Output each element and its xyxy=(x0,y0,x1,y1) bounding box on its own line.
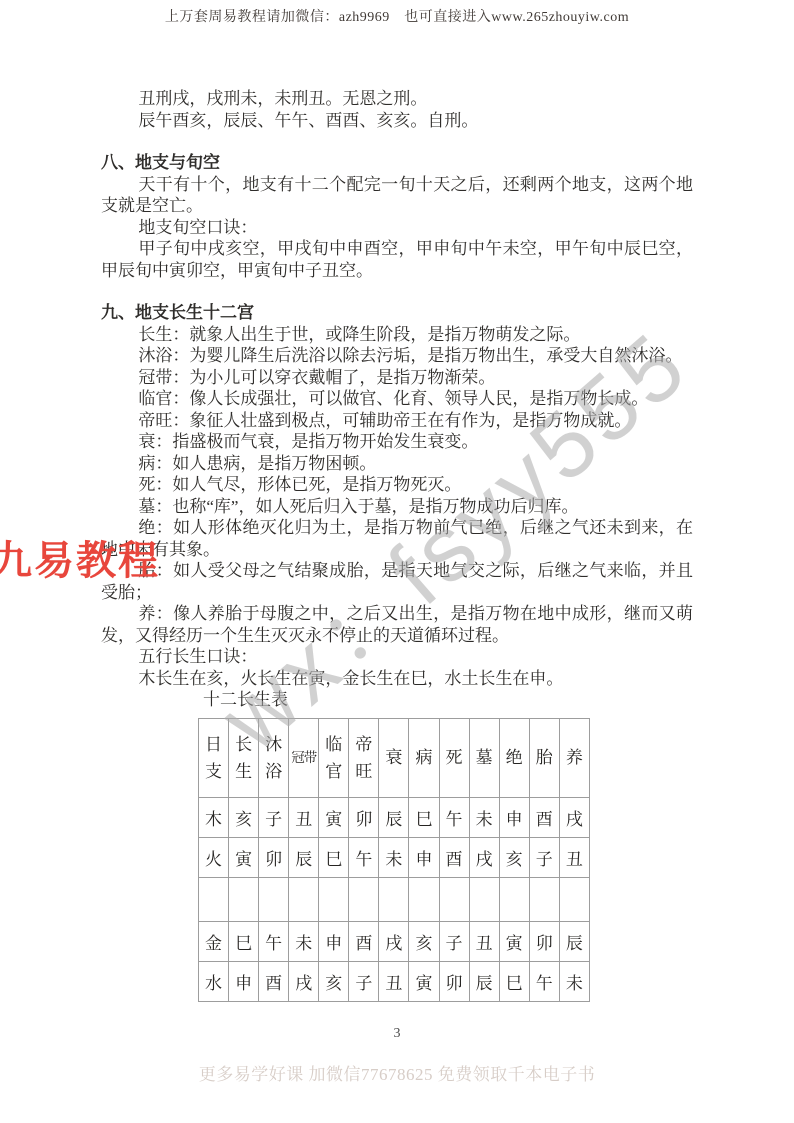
document-page: 上万套周易教程请加微信：azh9969 也可直接进入www.265zhouyiw… xyxy=(0,0,794,1123)
twelve-lifecycle-table: 日支长生沐浴冠带临官帝旺衰病死墓绝胎养 木亥子丑寅卯辰巳午未申酉戌火寅卯辰巳午未… xyxy=(198,718,590,1002)
table-header-cell: 病 xyxy=(409,718,439,797)
table-cell: 未 xyxy=(379,837,409,877)
row-label-cell: 木 xyxy=(199,797,229,837)
table-cell: 戌 xyxy=(379,921,409,961)
table-cell: 酉 xyxy=(529,797,559,837)
row-label-cell: 金 xyxy=(199,921,229,961)
paragraph: 临官：像人长成强壮，可以做官、化育、领导人民，是指万物长成。 xyxy=(101,388,693,410)
table-cell: 丑 xyxy=(559,837,589,877)
table-row xyxy=(199,877,590,921)
table-row: 木亥子丑寅卯辰巳午未申酉戌 xyxy=(199,797,590,837)
table-cell xyxy=(499,877,529,921)
table-cell: 戌 xyxy=(469,837,499,877)
table-cell xyxy=(379,877,409,921)
table-header-cell: 临官 xyxy=(319,718,349,797)
promo-header: 上万套周易教程请加微信：azh9969 也可直接进入www.265zhouyiw… xyxy=(0,9,794,27)
table-cell: 申 xyxy=(499,797,529,837)
table-cell: 子 xyxy=(529,837,559,877)
table-header-cell: 死 xyxy=(439,718,469,797)
table-row: 金巳午未申酉戌亥子丑寅卯辰 xyxy=(199,921,590,961)
table-caption: 十二长生表 xyxy=(101,689,693,711)
document-content: 丑刑戌，戌刑未，未刑丑。无恩之刑。辰午酉亥，辰辰、午午、酉酉、亥亥。自刑。八、地… xyxy=(101,88,693,1002)
paragraph: 长生：就象人出生于世，或降生阶段，是指万物萌发之际。 xyxy=(101,324,693,346)
table-cell: 辰 xyxy=(379,797,409,837)
table-cell: 酉 xyxy=(349,921,379,961)
row-label-cell: 水 xyxy=(199,961,229,1001)
table-cell: 未 xyxy=(559,961,589,1001)
table-header-cell: 养 xyxy=(559,718,589,797)
table-cell: 卯 xyxy=(529,921,559,961)
table-cell: 戌 xyxy=(559,797,589,837)
table-cell: 巳 xyxy=(499,961,529,1001)
table-cell xyxy=(529,877,559,921)
promo-footer: 更多易学好课 加微信77678625 免费领取千本电子书 xyxy=(0,1060,794,1085)
table-cell: 未 xyxy=(289,921,319,961)
paragraph: 绝：如人形体绝灭化归为土，是指万物前气已绝，后继之气还未到来，在地中未有其象。 xyxy=(101,517,693,560)
table-cell: 寅 xyxy=(409,961,439,1001)
table-cell xyxy=(469,877,499,921)
table-cell xyxy=(229,877,259,921)
table-cell: 酉 xyxy=(259,961,289,1001)
table-cell: 巳 xyxy=(409,797,439,837)
paragraph: 冠带：为小儿可以穿衣戴帽了，是指万物渐荣。 xyxy=(101,367,693,389)
table-cell: 午 xyxy=(349,837,379,877)
paragraph: 地支旬空口诀： xyxy=(101,217,693,239)
table-cell: 子 xyxy=(349,961,379,1001)
table-header-row: 日支长生沐浴冠带临官帝旺衰病死墓绝胎养 xyxy=(199,718,590,797)
table-cell: 丑 xyxy=(469,921,499,961)
paragraph: 病：如人患病，是指万物困顿。 xyxy=(101,453,693,475)
table-cell xyxy=(409,877,439,921)
table-cell xyxy=(439,877,469,921)
table-cell: 辰 xyxy=(289,837,319,877)
paragraph: 养：像人养胎于母腹之中，之后又出生，是指万物在地中成形，继而又萌发，又得经历一个… xyxy=(101,603,693,646)
paragraph: 衰：指盛极而气衰，是指万物开始发生衰变。 xyxy=(101,431,693,453)
paragraph: 死：如人气尽，形体已死，是指万物死灭。 xyxy=(101,474,693,496)
table-cell: 亥 xyxy=(409,921,439,961)
table-header-cell: 日支 xyxy=(199,718,229,797)
paragraph: 五行长生口诀： xyxy=(101,646,693,668)
paragraph: 胎：如人受父母之气结聚成胎，是指天地气交之际，后继之气来临，并且受胎； xyxy=(101,560,693,603)
table-header-cell: 墓 xyxy=(469,718,499,797)
table-cell xyxy=(259,877,289,921)
table-row: 水申酉戌亥子丑寅卯辰巳午未 xyxy=(199,961,590,1001)
table-cell: 午 xyxy=(439,797,469,837)
table-cell: 亥 xyxy=(229,797,259,837)
table-cell: 寅 xyxy=(319,797,349,837)
table-header-cell: 帝旺 xyxy=(349,718,379,797)
table-header-cell: 绝 xyxy=(499,718,529,797)
table-cell: 寅 xyxy=(499,921,529,961)
table-cell: 卯 xyxy=(349,797,379,837)
table-cell: 巳 xyxy=(229,921,259,961)
section-heading: 八、地支与旬空 xyxy=(101,152,693,174)
table-cell: 午 xyxy=(259,921,289,961)
paragraph: 木长生在亥，火长生在寅，金长生在巳，水土长生在申。 xyxy=(101,668,693,690)
table-cell: 辰 xyxy=(559,921,589,961)
row-label-cell: 火 xyxy=(199,837,229,877)
table-cell: 丑 xyxy=(379,961,409,1001)
table-cell: 申 xyxy=(319,921,349,961)
paragraph: 沐浴：为婴儿降生后洗浴以除去污垢，是指万物出生，承受大自然沐浴。 xyxy=(101,345,693,367)
paragraph: 辰午酉亥，辰辰、午午、酉酉、亥亥。自刑。 xyxy=(101,110,693,132)
table-cell: 辰 xyxy=(469,961,499,1001)
table-cell xyxy=(349,877,379,921)
table-header-cell: 沐浴 xyxy=(259,718,289,797)
table-cell: 巳 xyxy=(319,837,349,877)
paragraph: 甲子旬中戌亥空，甲戌旬中申酉空，甲申旬中午未空，甲午旬中辰巳空，甲辰旬中寅卯空，… xyxy=(101,238,693,281)
paragraph: 帝旺：象征人壮盛到极点，可辅助帝王在有作为，是指万物成就。 xyxy=(101,410,693,432)
table-cell: 亥 xyxy=(499,837,529,877)
table-cell: 子 xyxy=(439,921,469,961)
table-cell: 丑 xyxy=(289,797,319,837)
row-label-cell xyxy=(199,877,229,921)
paragraph: 丑刑戌，戌刑未，未刑丑。无恩之刑。 xyxy=(101,88,693,110)
table-header-cell: 胎 xyxy=(529,718,559,797)
table-cell: 戌 xyxy=(289,961,319,1001)
table-cell: 卯 xyxy=(259,837,289,877)
table-cell: 未 xyxy=(469,797,499,837)
table-row: 火寅卯辰巳午未申酉戌亥子丑 xyxy=(199,837,590,877)
table-header-cell: 冠带 xyxy=(289,718,319,797)
table-cell: 申 xyxy=(229,961,259,1001)
table-cell: 午 xyxy=(529,961,559,1001)
paragraph: 墓：也称“库”，如人死后归入于墓，是指万物成功后归库。 xyxy=(101,496,693,518)
page-number: 3 xyxy=(0,1026,794,1042)
table-cell: 寅 xyxy=(229,837,259,877)
table-cell: 亥 xyxy=(319,961,349,1001)
table-cell: 申 xyxy=(409,837,439,877)
table-cell xyxy=(559,877,589,921)
table-header-cell: 衰 xyxy=(379,718,409,797)
table-cell: 酉 xyxy=(439,837,469,877)
section-heading: 九、地支长生十二宫 xyxy=(101,302,693,324)
table-cell: 子 xyxy=(259,797,289,837)
table-header-cell: 长生 xyxy=(229,718,259,797)
table-cell xyxy=(319,877,349,921)
table-cell xyxy=(289,877,319,921)
table-cell: 卯 xyxy=(439,961,469,1001)
paragraph: 天干有十个，地支有十二个配完一旬十天之后，还剩两个地支，这两个地支就是空亡。 xyxy=(101,174,693,217)
